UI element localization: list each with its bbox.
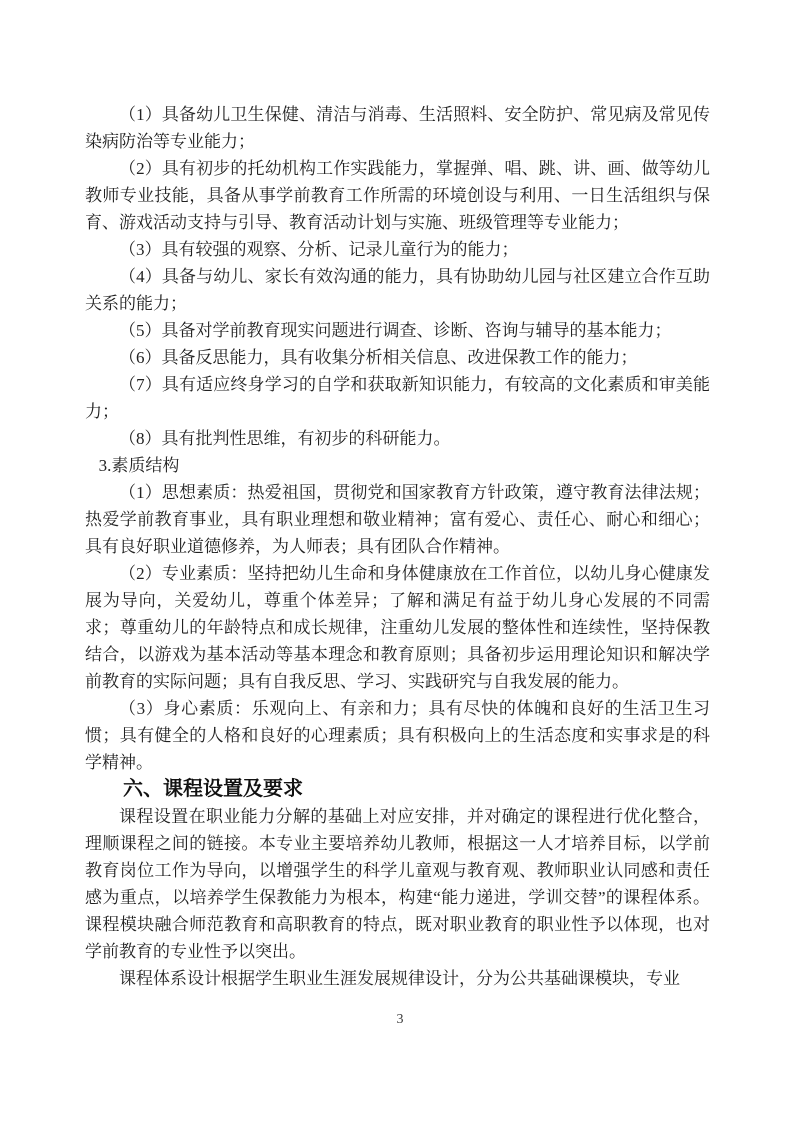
document-body: （1）具备幼儿卫生保健、清洁与消毒、生活照料、安全防护、常见病及常见传染病防治等… [85,101,710,992]
page-number: 3 [0,1012,800,1028]
section-heading: 六、课程设置及要求 [85,776,710,803]
paragraph: （1）具备幼儿卫生保健、清洁与消毒、生活照料、安全防护、常见病及常见传染病防治等… [85,101,710,155]
paragraph: （8）具有批判性思维，有初步的科研能力。 [85,425,710,452]
paragraph: （2）具有初步的托幼机构工作实践能力，掌握弹、唱、跳、讲、画、做等幼儿教师专业技… [85,155,710,236]
sub-section-heading: 3.素质结构 [85,452,710,479]
paragraph: （3）身心素质：乐观向上、有亲和力；具有尽快的体魄和良好的生活卫生习惯；具有健全… [85,695,710,776]
document-page: （1）具备幼儿卫生保健、清洁与消毒、生活照料、安全防护、常见病及常见传染病防治等… [0,0,800,1129]
paragraph: 课程体系设计根据学生职业生涯发展规律设计，分为公共基础课模块，专业 [85,965,710,992]
paragraph: （2）专业素质：坚持把幼儿生命和身体健康放在工作首位，以幼儿身心健康发展为导向，… [85,560,710,695]
paragraph: （1）思想素质：热爱祖国，贯彻党和国家教育方针政策，遵守教育法律法规；热爱学前教… [85,479,710,560]
paragraph: （3）具有较强的观察、分析、记录儿童行为的能力； [85,236,710,263]
paragraph: （6）具备反思能力，具有收集分析相关信息、改进保教工作的能力； [85,344,710,371]
paragraph: 课程设置在职业能力分解的基础上对应安排，并对确定的课程进行优化整合，理顺课程之间… [85,803,710,965]
paragraph: （7）具有适应终身学习的自学和获取新知识能力，有较高的文化素质和审美能力； [85,371,710,425]
paragraph: （5）具备对学前教育现实问题进行调查、诊断、咨询与辅导的基本能力； [85,317,710,344]
paragraph: （4）具备与幼儿、家长有效沟通的能力，具有协助幼儿园与社区建立合作互助关系的能力… [85,263,710,317]
